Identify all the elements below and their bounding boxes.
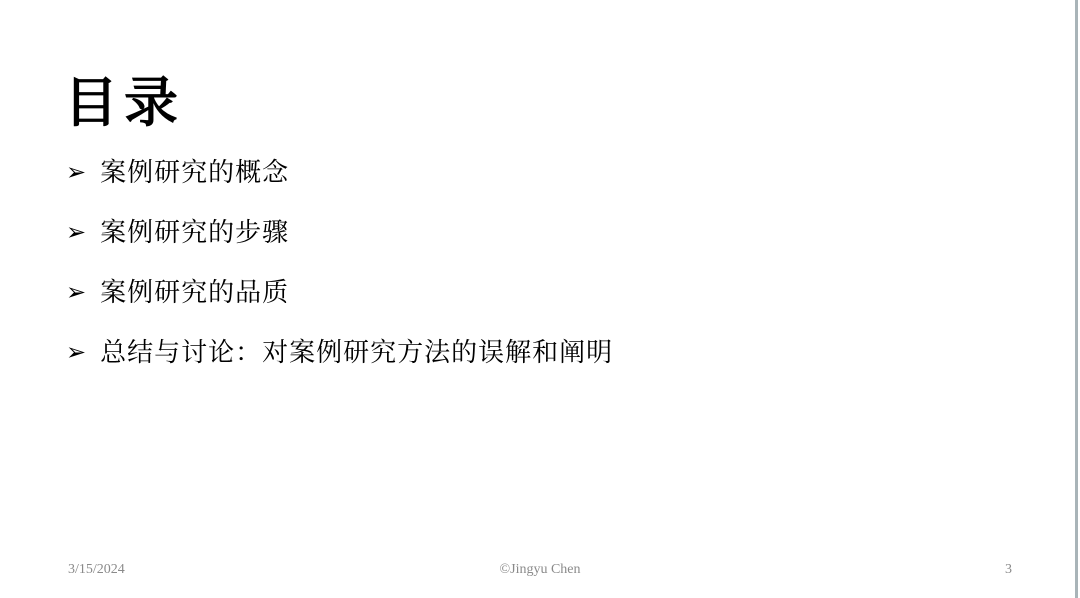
toc-item-label: 案例研究的品质	[100, 277, 289, 308]
slide-canvas: 目录 ➢ 案例研究的概念 ➢ 案例研究的步骤 ➢ 案例研究的品质 ➢ 总结与讨论…	[0, 0, 1080, 598]
slide-right-edge-line	[1075, 0, 1078, 598]
footer-page-number: 3	[1005, 562, 1012, 578]
toc-item: ➢ 案例研究的品质	[66, 263, 613, 323]
toc-item-label: 案例研究的概念	[100, 157, 289, 188]
toc-item-label: 案例研究的步骤	[100, 217, 289, 248]
bullet-arrow-icon: ➢	[66, 341, 87, 365]
toc-item: ➢ 案例研究的概念	[66, 143, 613, 203]
bullet-arrow-icon: ➢	[66, 161, 87, 185]
toc-item: ➢ 总结与讨论：对案例研究方法的误解和阐明	[66, 323, 613, 383]
bullet-arrow-icon: ➢	[66, 281, 87, 305]
toc-list: ➢ 案例研究的概念 ➢ 案例研究的步骤 ➢ 案例研究的品质 ➢ 总结与讨论：对案…	[66, 143, 613, 383]
toc-item: ➢ 案例研究的步骤	[66, 203, 613, 263]
slide-footer: 3/15/2024 ©Jingyu Chen 3	[0, 562, 1080, 582]
footer-copyright: ©Jingyu Chen	[0, 562, 1080, 578]
bullet-arrow-icon: ➢	[66, 221, 87, 245]
slide-title: 目录	[64, 74, 184, 133]
toc-item-label: 总结与讨论：对案例研究方法的误解和阐明	[100, 337, 613, 368]
